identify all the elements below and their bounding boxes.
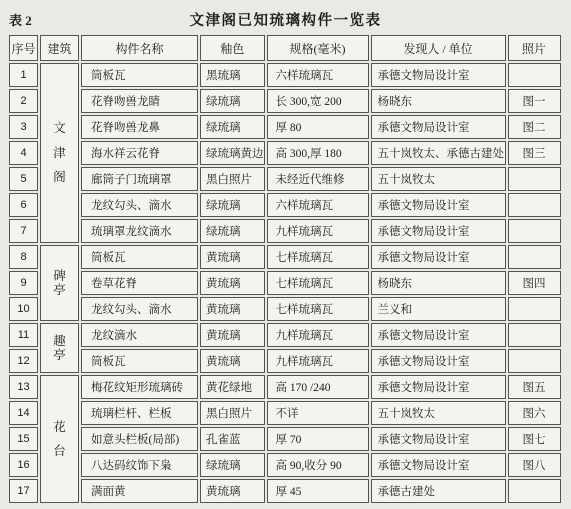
table-row: 3花脊吻兽龙鼻绿琉璃厚 80承德文物局设计室图二	[9, 115, 561, 139]
component-name-cell: 如意头栏板(局部)	[81, 427, 198, 451]
col-header-index: 序号	[9, 35, 38, 61]
title-row: 表 2 文津阁已知琉璃构件一览表	[7, 6, 564, 33]
spec-cell: 九样琉璃瓦	[267, 323, 369, 347]
spec-cell: 厚 80	[267, 115, 369, 139]
col-header-finder: 发现人 / 单位	[371, 35, 506, 61]
finder-cell: 承德文物局设计室	[371, 245, 506, 269]
table-row: 9卷草花脊黄琉璃七样琉璃瓦杨晓东图四	[9, 271, 561, 295]
component-name-cell: 龙纹勾头、滴水	[81, 297, 198, 321]
spec-cell: 厚 45	[267, 479, 369, 503]
spec-cell: 七样琉璃瓦	[267, 297, 369, 321]
glaze-color-cell: 黑白照片	[200, 167, 265, 191]
photo-ref-cell: 图四	[508, 271, 561, 295]
spec-cell: 厚 70	[267, 427, 369, 451]
photo-ref-cell	[508, 245, 561, 269]
col-header-photo: 照片	[508, 35, 561, 61]
glaze-color-cell: 黑琉璃	[200, 63, 265, 87]
table-row: 7琉璃罩龙纹滴水绿琉璃九样琉璃瓦承德文物局设计室	[9, 219, 561, 243]
row-number-cell: 14	[9, 401, 38, 425]
table-row: 17满面黄黄琉璃厚 45承德古建处	[9, 479, 561, 503]
spec-cell: 高 300,厚 180	[267, 141, 369, 165]
table-row: 8碑亭筒板瓦黄琉璃七样琉璃瓦承德文物局设计室	[9, 245, 561, 269]
building-name-cell: 趣亭	[40, 323, 79, 373]
component-name-cell: 花脊吻兽龙睛	[81, 89, 198, 113]
component-name-cell: 满面黄	[81, 479, 198, 503]
glaze-color-cell: 黄琉璃	[200, 349, 265, 373]
glaze-color-cell: 绿琉璃	[200, 453, 265, 477]
row-number-cell: 16	[9, 453, 38, 477]
spec-cell: 高 170 /240	[267, 375, 369, 399]
component-name-cell: 海水祥云花脊	[81, 141, 198, 165]
finder-cell: 承德文物局设计室	[371, 375, 506, 399]
photo-ref-cell: 图三	[508, 141, 561, 165]
finder-cell: 承德文物局设计室	[371, 115, 506, 139]
building-name-vertical-text: 文津阁	[41, 122, 78, 184]
finder-cell: 杨晓东	[371, 89, 506, 113]
glaze-color-cell: 绿琉璃黄边	[200, 141, 265, 165]
row-number-cell: 10	[9, 297, 38, 321]
row-number-cell: 7	[9, 219, 38, 243]
row-number-cell: 3	[9, 115, 38, 139]
component-name-cell: 卷草花脊	[81, 271, 198, 295]
row-number-cell: 1	[9, 63, 38, 87]
row-number-cell: 13	[9, 375, 38, 399]
document-page: 表 2 文津阁已知琉璃构件一览表 序号 建筑 构件名称 釉色 规格(毫米) 发现…	[0, 0, 571, 509]
spec-cell: 未经近代维修	[267, 167, 369, 191]
row-number-cell: 5	[9, 167, 38, 191]
finder-cell: 五十岚牧太、承德古建处	[371, 141, 506, 165]
glaze-color-cell: 绿琉璃	[200, 89, 265, 113]
spec-cell: 高 90,收分 90	[267, 453, 369, 477]
table-row: 11趣亭龙纹滴水黄琉璃九样琉璃瓦承德文物局设计室	[9, 323, 561, 347]
table-row: 13花台梅花纹矩形琉璃砖黄花绿地高 170 /240承德文物局设计室图五	[9, 375, 561, 399]
glaze-color-cell: 绿琉璃	[200, 193, 265, 217]
table-row: 16八达码纹饰下枭绿琉璃高 90,收分 90承德文物局设计室图八	[9, 453, 561, 477]
spec-cell: 七样琉璃瓦	[267, 271, 369, 295]
finder-cell: 承德文物局设计室	[371, 349, 506, 373]
component-name-cell: 琉璃栏杆、栏板	[81, 401, 198, 425]
finder-cell: 承德古建处	[371, 479, 506, 503]
glaze-color-cell: 黑白照片	[200, 401, 265, 425]
finder-cell: 承德文物局设计室	[371, 453, 506, 477]
finder-cell: 承德文物局设计室	[371, 63, 506, 87]
table-row: 1文津阁筒板瓦黑琉璃六样琉璃瓦承德文物局设计室	[9, 63, 561, 87]
building-name-vertical-text: 花台	[41, 421, 78, 458]
row-number-cell: 12	[9, 349, 38, 373]
finder-cell: 承德文物局设计室	[371, 323, 506, 347]
finder-cell: 承德文物局设计室	[371, 219, 506, 243]
component-name-cell: 龙纹勾头、滴水	[81, 193, 198, 217]
component-name-cell: 筒板瓦	[81, 349, 198, 373]
spec-cell: 九样琉璃瓦	[267, 219, 369, 243]
table-row: 5廊筒子门琉璃罩黑白照片未经近代维修五十岚牧太	[9, 167, 561, 191]
spec-cell: 长 300,宽 200	[267, 89, 369, 113]
spec-cell: 六样琉璃瓦	[267, 63, 369, 87]
row-number-cell: 2	[9, 89, 38, 113]
glaze-color-cell: 黄琉璃	[200, 297, 265, 321]
photo-ref-cell	[508, 63, 561, 87]
table-row: 6龙纹勾头、滴水绿琉璃六样琉璃瓦承德文物局设计室	[9, 193, 561, 217]
col-header-spec: 规格(毫米)	[267, 35, 369, 61]
photo-ref-cell	[508, 167, 561, 191]
photo-ref-cell	[508, 219, 561, 243]
glaze-color-cell: 黄花绿地	[200, 375, 265, 399]
table-row: 15如意头栏板(局部)孔雀蓝厚 70承德文物局设计室图七	[9, 427, 561, 451]
photo-ref-cell	[508, 349, 561, 373]
table-row: 2花脊吻兽龙睛绿琉璃长 300,宽 200杨晓东图一	[9, 89, 561, 113]
row-number-cell: 6	[9, 193, 38, 217]
glaze-color-cell: 绿琉璃	[200, 219, 265, 243]
building-name-cell: 碑亭	[40, 245, 79, 321]
photo-ref-cell: 图七	[508, 427, 561, 451]
building-name-cell: 花台	[40, 375, 79, 503]
table-row: 14琉璃栏杆、栏板黑白照片不详五十岚牧太图六	[9, 401, 561, 425]
row-number-cell: 17	[9, 479, 38, 503]
photo-ref-cell	[508, 323, 561, 347]
table-row: 12筒板瓦黄琉璃九样琉璃瓦承德文物局设计室	[9, 349, 561, 373]
photo-ref-cell: 图二	[508, 115, 561, 139]
table-number-label: 表 2	[9, 10, 32, 29]
component-name-cell: 筒板瓦	[81, 245, 198, 269]
finder-cell: 承德文物局设计室	[371, 427, 506, 451]
col-header-glaze: 釉色	[200, 35, 265, 61]
finder-cell: 五十岚牧太	[371, 401, 506, 425]
col-header-building: 建筑	[40, 35, 79, 61]
table-row: 10龙纹勾头、滴水黄琉璃七样琉璃瓦兰义和	[9, 297, 561, 321]
glaze-color-cell: 黄琉璃	[200, 479, 265, 503]
photo-ref-cell	[508, 297, 561, 321]
building-name-vertical-text: 碑亭	[41, 270, 78, 297]
spec-cell: 不详	[267, 401, 369, 425]
component-name-cell: 龙纹滴水	[81, 323, 198, 347]
header-row: 序号 建筑 构件名称 釉色 规格(毫米) 发现人 / 单位 照片	[9, 35, 561, 61]
document-title: 文津阁已知琉璃构件一览表	[7, 6, 564, 30]
table-row: 4海水祥云花脊绿琉璃黄边高 300,厚 180五十岚牧太、承德古建处图三	[9, 141, 561, 165]
spec-cell: 六样琉璃瓦	[267, 193, 369, 217]
row-number-cell: 4	[9, 141, 38, 165]
building-name-cell: 文津阁	[40, 63, 79, 243]
col-header-component: 构件名称	[81, 35, 198, 61]
glaze-color-cell: 黄琉璃	[200, 323, 265, 347]
component-name-cell: 花脊吻兽龙鼻	[81, 115, 198, 139]
photo-ref-cell	[508, 479, 561, 503]
component-name-cell: 八达码纹饰下枭	[81, 453, 198, 477]
glaze-color-cell: 黄琉璃	[200, 271, 265, 295]
component-name-cell: 廊筒子门琉璃罩	[81, 167, 198, 191]
row-number-cell: 9	[9, 271, 38, 295]
photo-ref-cell: 图八	[508, 453, 561, 477]
finder-cell: 杨晓东	[371, 271, 506, 295]
photo-ref-cell: 图五	[508, 375, 561, 399]
row-number-cell: 8	[9, 245, 38, 269]
finder-cell: 兰义和	[371, 297, 506, 321]
glaze-color-cell: 孔雀蓝	[200, 427, 265, 451]
spec-cell: 九样琉璃瓦	[267, 349, 369, 373]
row-number-cell: 15	[9, 427, 38, 451]
glaze-components-table: 序号 建筑 构件名称 釉色 规格(毫米) 发现人 / 单位 照片 1文津阁筒板瓦…	[7, 33, 563, 505]
glaze-color-cell: 绿琉璃	[200, 115, 265, 139]
photo-ref-cell: 图一	[508, 89, 561, 113]
row-number-cell: 11	[9, 323, 38, 347]
component-name-cell: 筒板瓦	[81, 63, 198, 87]
spec-cell: 七样琉璃瓦	[267, 245, 369, 269]
glaze-color-cell: 黄琉璃	[200, 245, 265, 269]
finder-cell: 五十岚牧太	[371, 167, 506, 191]
building-name-vertical-text: 趣亭	[41, 335, 78, 362]
component-name-cell: 梅花纹矩形琉璃砖	[81, 375, 198, 399]
finder-cell: 承德文物局设计室	[371, 193, 506, 217]
photo-ref-cell: 图六	[508, 401, 561, 425]
component-name-cell: 琉璃罩龙纹滴水	[81, 219, 198, 243]
photo-ref-cell	[508, 193, 561, 217]
